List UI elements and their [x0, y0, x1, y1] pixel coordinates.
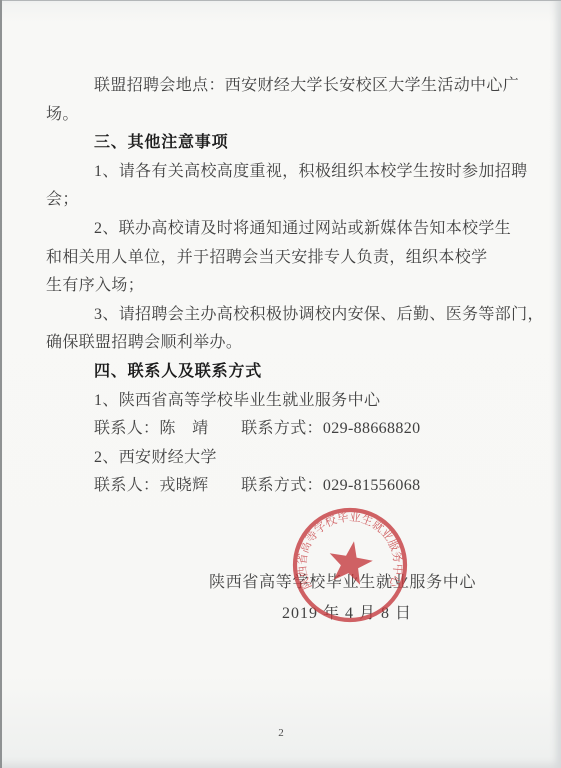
body-line: 2、西安财经大学: [46, 444, 525, 473]
body-line: 确保联盟招聘会顺利举办。: [46, 329, 525, 358]
scanned-document-page: 联盟招聘会地点：西安财经大学长安校区大学生活动中心广 场。 三、其他注意事项 1…: [0, 0, 561, 768]
body-line: 1、请各有关高校高度重视，积极组织本校学生按时参加招聘: [46, 158, 525, 187]
page-number: 2: [273, 727, 289, 739]
body-line: 3、请招聘会主办高校积极协调校内安保、后勤、医务等部门，: [46, 301, 525, 330]
body-line: 2、联办高校请及时将通知通过网站或新媒体告知本校学生: [46, 215, 525, 244]
issuer-signature: 陕西省高等学校毕业生就业服务中心: [209, 569, 476, 592]
document-body: 联盟招聘会地点：西安财经大学长安校区大学生活动中心广 场。 三、其他注意事项 1…: [46, 72, 525, 501]
contact-line: 联系人：戎晓辉 联系方式：029-81556068: [46, 472, 525, 501]
body-line: 生有序入场；: [46, 272, 525, 301]
body-line: 联盟招聘会地点：西安财经大学长安校区大学生活动中心广: [46, 72, 525, 101]
section-heading-3: 三、其他注意事项: [46, 129, 525, 158]
document-date: 2019 年 4 月 8 日: [282, 600, 412, 623]
body-line: 和相关用人单位，并于招聘会当天安排专人负责，组织本校学: [46, 244, 525, 273]
body-line: 会；: [46, 186, 525, 215]
body-line: 场。: [46, 101, 525, 130]
contact-line: 联系人：陈 靖 联系方式：029-88668820: [46, 415, 525, 444]
section-heading-4: 四、联系人及联系方式: [46, 358, 525, 387]
body-line: 1、陕西省高等学校毕业生就业服务中心: [46, 387, 525, 416]
